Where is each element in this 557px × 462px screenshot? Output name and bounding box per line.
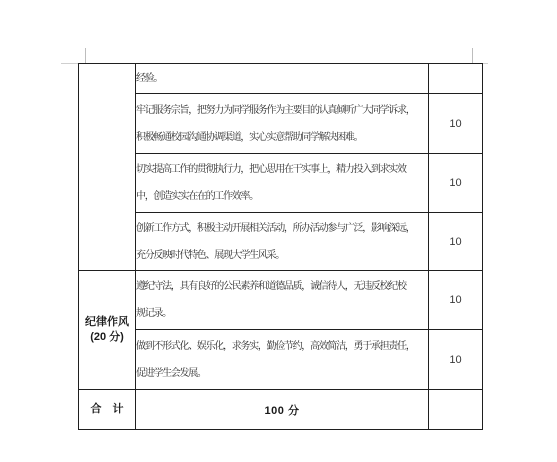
score-cell: 10 <box>429 154 483 213</box>
evaluation-score-table: 经验。 牢记服务宗旨，把努力为同学服务作为主要目的认真倾听广大同学诉求， 积极畅… <box>78 63 483 430</box>
table-row: 切实提高工作的贯彻执行力，把心思用在干实事上，精力投入到求实效 中，创造实实在在… <box>79 154 483 213</box>
table-row-total: 合 计 100 分 <box>79 390 483 430</box>
criteria-text-lawful: 遵纪守法，具有良好的公民素养和道德品质，诚信待人，无违反校纪校 规记录。 <box>136 271 429 330</box>
criteria-text-service: 牢记服务宗旨，把努力为同学服务作为主要目的认真倾听广大同学诉求， 积极畅通校园沟… <box>136 94 429 154</box>
criteria-text-innovation: 创新工作方式，积极主动开展相关活动，所办活动参与广泛，影响深远， 充分反映时代特… <box>136 213 429 271</box>
table-row: 纪律作风 (20 分) 遵纪守法，具有良好的公民素养和道德品质，诚信待人，无违反… <box>79 271 483 330</box>
section-label-discipline: 纪律作风 (20 分) <box>79 271 136 390</box>
score-cell: 10 <box>429 94 483 154</box>
score-cell: 10 <box>429 271 483 330</box>
gridline-mark-top-left-vertical <box>85 48 86 63</box>
total-score-cell <box>429 390 483 430</box>
table-row: 经验。 <box>79 64 483 94</box>
section-label-discipline-line1: 纪律作风 <box>79 315 135 330</box>
table-row: 牢记服务宗旨，把努力为同学服务作为主要目的认真倾听广大同学诉求， 积极畅通校园沟… <box>79 94 483 154</box>
criteria-text-experience: 经验。 <box>136 64 429 94</box>
table-row: 创新工作方式，积极主动开展相关活动，所办活动参与广泛，影响深远， 充分反映时代特… <box>79 213 483 271</box>
table-row: 做到不形式化、娱乐化，求务实，勤俭节约，高效简洁，勇于承担责任， 促进学生会发展… <box>79 330 483 390</box>
score-cell <box>429 64 483 94</box>
gridline-mark-top-right-vertical <box>472 48 473 63</box>
score-cell: 10 <box>429 213 483 271</box>
document-page: { "document": { "background": "#ffffff",… <box>0 0 557 462</box>
section-label-discipline-line2: (20 分) <box>79 330 135 345</box>
criteria-text-pragmatic: 做到不形式化、娱乐化，求务实，勤俭节约，高效简洁，勇于承担责任， 促进学生会发展… <box>136 330 429 390</box>
gridline-mark-top-left-horizontal <box>61 63 78 64</box>
total-score-text: 100 分 <box>136 390 429 430</box>
section-label-empty <box>79 64 136 271</box>
criteria-text-execution: 切实提高工作的贯彻执行力，把心思用在干实事上，精力投入到求实效 中，创造实实在在… <box>136 154 429 213</box>
score-cell: 10 <box>429 330 483 390</box>
total-label: 合 计 <box>79 390 136 430</box>
